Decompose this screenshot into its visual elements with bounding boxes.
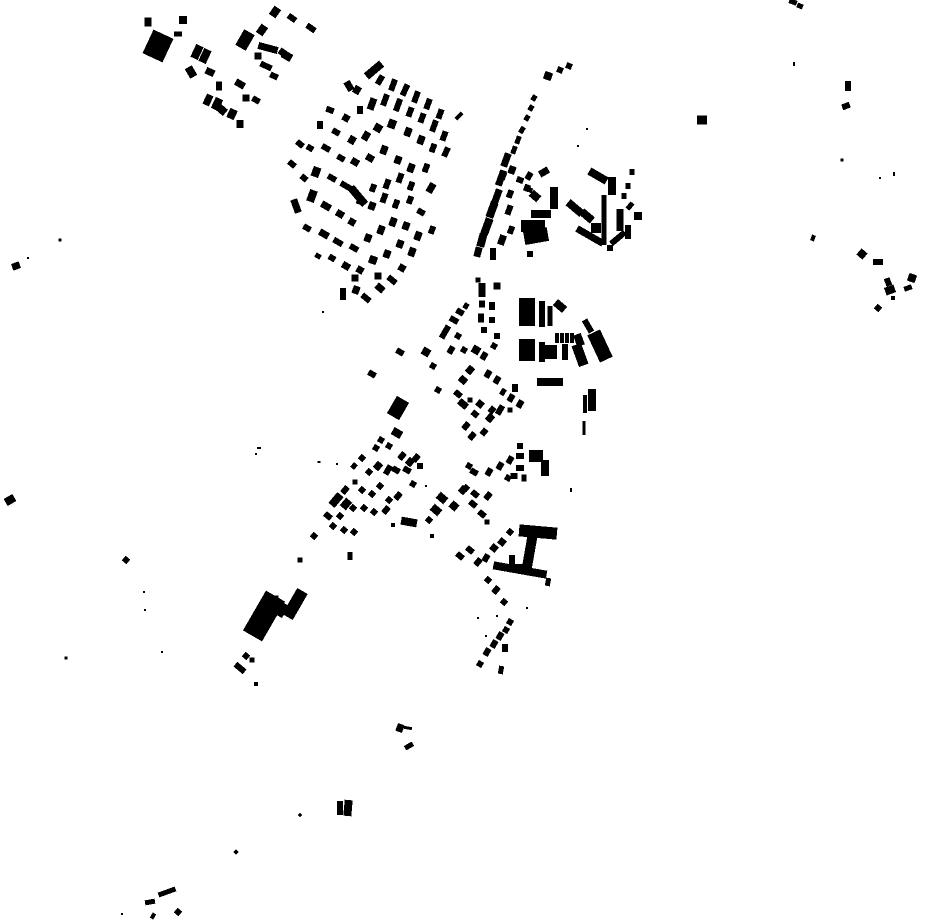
building [541,460,549,476]
building [336,463,338,465]
building [617,209,624,231]
building [522,475,527,482]
building [121,913,123,915]
building [630,169,635,175]
building [527,251,533,257]
building [537,378,563,386]
building [543,345,557,359]
building [583,395,587,413]
building [494,333,500,339]
building [144,609,146,611]
building [489,317,495,323]
building [255,453,257,455]
building [317,121,323,129]
building [634,212,642,220]
building [352,275,359,282]
building [625,225,631,239]
building [845,81,851,91]
building [479,283,486,297]
building [793,62,795,66]
building [391,523,395,527]
building [143,591,145,593]
building [511,473,518,479]
building [348,552,353,560]
building [237,120,244,128]
building [337,801,343,815]
building [468,398,473,403]
building [425,485,427,487]
map-background [0,0,930,924]
building [254,682,258,686]
building [298,558,303,563]
building [570,333,574,343]
building [622,193,627,199]
figure-ground-map [0,0,930,924]
building [550,187,558,209]
building [478,314,484,323]
building [602,195,607,245]
building [516,465,524,471]
building [489,302,495,310]
building [65,657,68,660]
building [513,564,523,568]
building [375,273,382,280]
building [179,16,187,24]
building [255,53,262,60]
building [893,172,895,176]
building [519,339,535,361]
building [588,389,596,411]
building [243,95,250,102]
building [560,333,564,343]
building [340,288,346,300]
building [697,116,707,125]
building [161,651,163,653]
building [343,800,352,817]
building [430,534,434,538]
building [891,296,895,300]
building [494,283,501,290]
building [250,658,255,663]
building [562,344,568,360]
building [519,298,535,326]
building [539,301,545,327]
building [548,306,553,326]
building [485,635,487,637]
building [353,480,358,485]
building [531,210,551,218]
building [59,239,62,242]
building [577,145,579,147]
building [174,32,182,37]
building [257,447,261,449]
building [145,18,152,27]
building [274,596,279,601]
building [565,333,569,343]
building [586,128,588,130]
building [512,384,518,392]
building [27,257,29,259]
building [476,278,481,283]
building [526,607,528,609]
building [607,245,613,251]
building [626,183,631,189]
building [502,644,508,652]
building [841,159,844,162]
building [516,453,524,459]
building [485,520,490,525]
building [583,421,586,435]
building [479,301,485,308]
building [879,177,881,179]
building [570,488,572,492]
building [417,463,423,469]
building [481,327,487,333]
building [529,450,543,462]
building [318,461,321,463]
building [517,443,523,449]
building [591,223,601,233]
building [490,248,496,260]
building [357,106,363,114]
building [496,615,498,617]
building [216,82,222,91]
building [322,311,324,313]
building [555,333,559,343]
building [873,259,883,265]
building [608,177,616,195]
building [477,617,479,619]
building [508,408,513,413]
